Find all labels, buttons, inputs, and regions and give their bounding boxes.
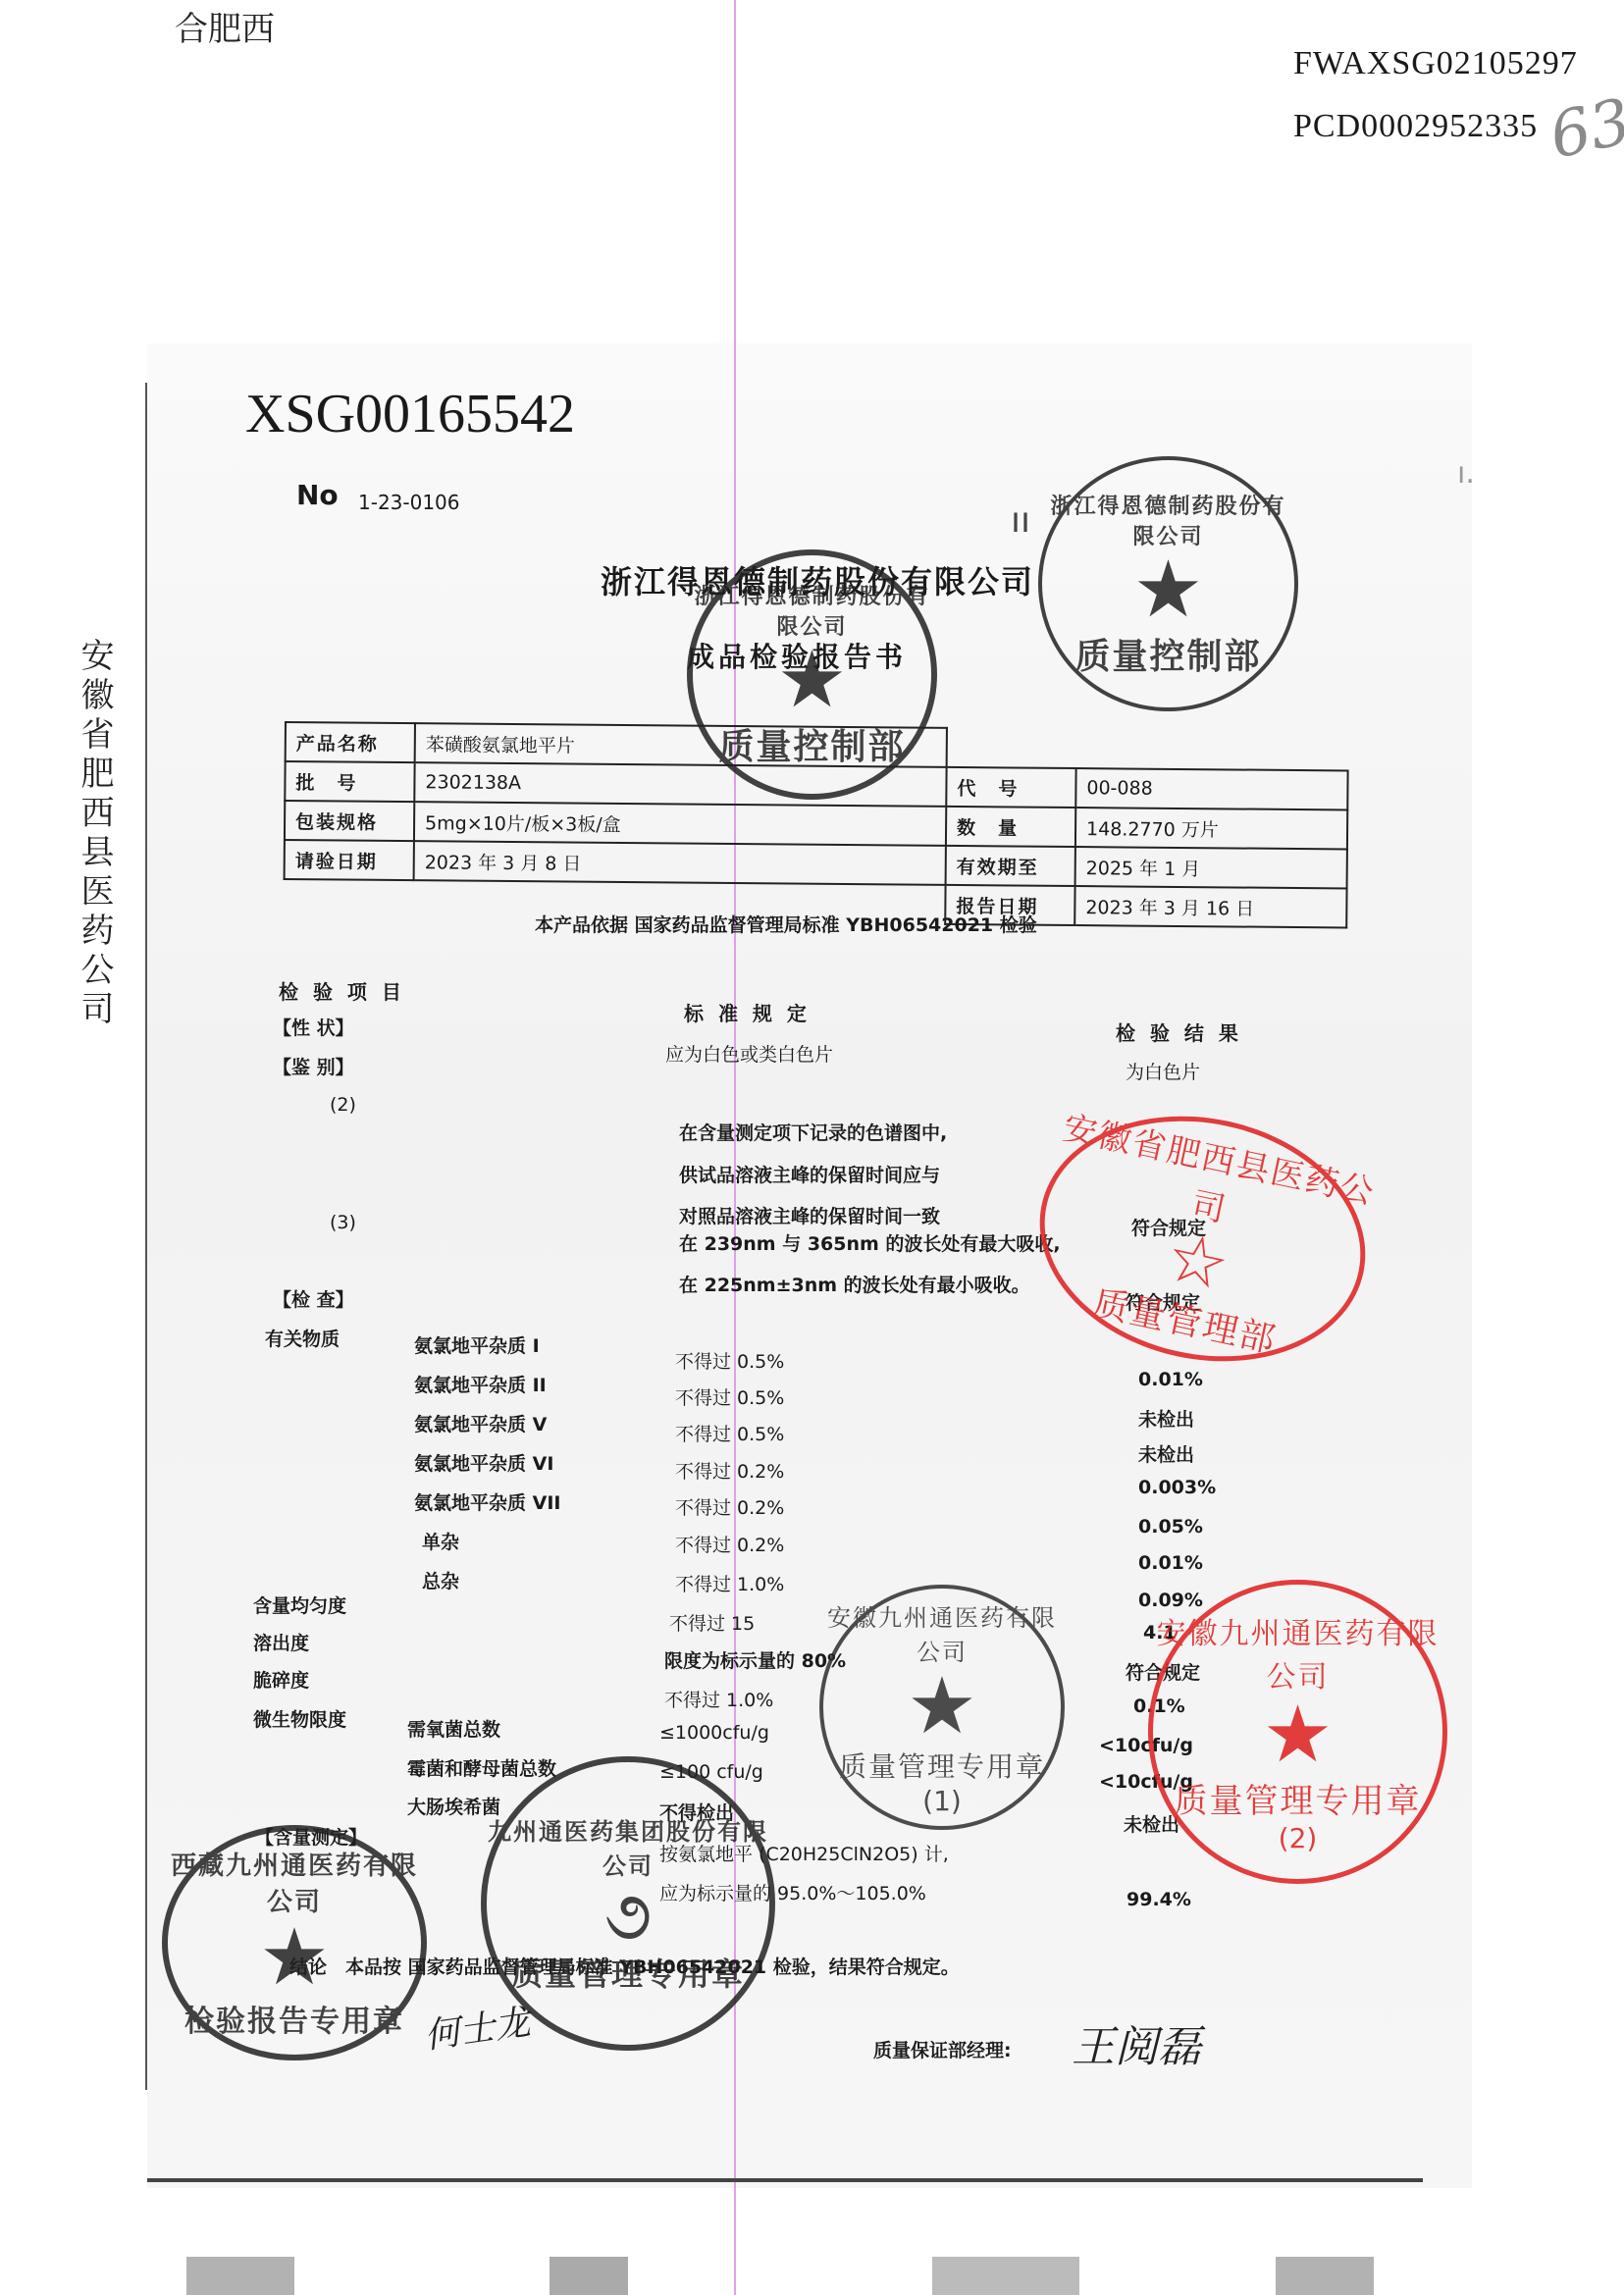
microbial-standard: ≤1000cfu/g — [659, 1722, 769, 1744]
id2-standard-line: 供试品溶液主峰的保留时间应与 — [679, 1161, 940, 1187]
stamp-ring-text: 安徽九州通医药有限公司 — [823, 1598, 1061, 1667]
quantity-label: 数 量 — [946, 807, 1075, 847]
star-icon: ★ — [259, 1918, 330, 1997]
check-name: 含量均匀度 — [253, 1591, 346, 1618]
stamp-ring-text: 浙江得恩德制药股份有限公司 — [1042, 490, 1294, 550]
check-name: 脆碎度 — [253, 1666, 309, 1693]
test-basis: 本产品依据 国家药品监督管理局标准 YBH06542021 检验 — [535, 911, 1037, 937]
column-header-standard: 标 准 规 定 — [684, 998, 811, 1026]
impurity-name: 氨氯地平杂质 V — [414, 1410, 547, 1436]
stamp-dept-text: 质量控制部 — [1074, 629, 1261, 679]
report-serial: XSG00165542 — [245, 383, 575, 445]
impurity-name: 单杂 — [422, 1528, 459, 1554]
no-label: No — [296, 479, 339, 511]
stamp-ring-text: 安徽九州通医药有限公司 — [1153, 1609, 1442, 1695]
impurity-standard: 不得过 0.2% — [675, 1493, 784, 1520]
handwritten-page-number: 63 — [1544, 85, 1624, 173]
logo-icon: ૭ — [604, 1881, 653, 1950]
group-stamp: 九州通医药集团股份有限公司 ૭ 质量管理专用章 — [481, 1756, 775, 2051]
product-name-label: 产品名称 — [286, 722, 415, 762]
stamp-dept-text: 质量控制部 — [718, 719, 905, 769]
impurity-name: 氨氯地平杂质 I — [414, 1331, 540, 1358]
id2-standard-line: 在含量测定项下记录的色谱图中, — [679, 1119, 947, 1145]
impurity-standard: 不得过 1.0% — [675, 1570, 784, 1596]
check-name: 溶出度 — [253, 1629, 309, 1655]
section-appearance: 【性 状】 — [273, 1014, 354, 1040]
spec-label: 包装规格 — [285, 801, 414, 841]
impurity-standard: 不得过 0.5% — [675, 1383, 784, 1410]
stamp-dept-text: 质量管理专用章 — [839, 1746, 1045, 1785]
report-date: 2023 年 3 月 16 日 — [1074, 886, 1346, 927]
expiry-label: 有效期至 — [946, 846, 1075, 886]
impurity-standard: 不得过 0.2% — [675, 1457, 784, 1484]
assay-result: 99.4% — [1126, 1889, 1191, 1910]
star-icon: ★ — [1263, 1695, 1334, 1774]
impurity-name: 氨氯地平杂质 II — [414, 1371, 547, 1397]
impurity-name: 氨氯地平杂质 VI — [414, 1449, 553, 1476]
impurity-result: 0.05% — [1138, 1516, 1203, 1538]
microbial-item: 需氧菌总数 — [407, 1715, 500, 1742]
vertical-company-name: 安徽省肥西县医药公司 — [71, 638, 119, 1030]
impurity-result: 未检出 — [1138, 1440, 1194, 1467]
impurity-standard: 不得过 0.5% — [675, 1347, 784, 1374]
section-identification: 【鉴 别】 — [273, 1053, 354, 1079]
no-value: 1-23-0106 — [358, 491, 460, 514]
column-header-result: 检 验 结 果 — [1116, 1017, 1242, 1046]
expiry-date: 2025 年 1 月 — [1075, 847, 1347, 888]
impurity-standard: 不得过 0.2% — [675, 1531, 784, 1557]
impurity-name: 氨氯地平杂质 VII — [414, 1488, 560, 1515]
quantity: 148.2770 万片 — [1075, 808, 1347, 849]
star-icon: ☆ — [1161, 1222, 1235, 1302]
stamp-dept-text: 检验报告专用章 — [184, 1997, 404, 2040]
id3-standard-line: 在 225nm±3nm 的波长处有最小吸收。 — [679, 1271, 1030, 1297]
star-icon: ★ — [777, 641, 848, 719]
batch-label: 批 号 — [285, 761, 414, 802]
handwritten-mark: ıı — [1011, 500, 1030, 541]
qa-manager-signature: 王阅磊 — [1072, 2011, 1201, 2074]
check-standard: 不得过 1.0% — [664, 1686, 773, 1712]
section-check: 【检 查】 — [273, 1285, 354, 1312]
microbial-label: 微生物限度 — [253, 1705, 346, 1732]
code-label: 代 号 — [946, 767, 1075, 808]
appearance-result: 为白色片 — [1126, 1058, 1200, 1084]
jzt-stamp-2: 安徽九州通医药有限公司 ★ 质量管理专用章 (2) — [1148, 1580, 1447, 1884]
impurity-result: 未检出 — [1138, 1405, 1194, 1432]
jzt-stamp-1: 安徽九州通医药有限公司 ★ 质量管理专用章 (1) — [819, 1585, 1065, 1830]
product-code: 00-088 — [1075, 768, 1347, 809]
scan-border — [147, 2178, 1423, 2182]
handwritten-mark: ı. — [1457, 456, 1475, 491]
impurity-result: 0.01% — [1138, 1552, 1203, 1574]
stamp-ring-text: 九州通医药集团股份有限公司 — [487, 1812, 769, 1881]
impurity-result: 0.09% — [1138, 1590, 1203, 1611]
stamp-ring-text: 西藏九州通医药有限公司 — [168, 1846, 421, 1918]
microbial-item: 霉菌和酵母菌总数 — [407, 1754, 556, 1781]
stamp-sub-text: (1) — [922, 1785, 962, 1817]
identification-3-label: (3) — [330, 1212, 356, 1233]
qa-manager-label: 质量保证部经理: — [873, 2036, 1012, 2062]
id3-standard-line: 在 239nm 与 365nm 的波长处有最大吸收, — [679, 1229, 1061, 1256]
tracking-code-1: FWAXSG02105297 — [1293, 45, 1578, 82]
stamp-sub-text: (2) — [1279, 1822, 1318, 1854]
stamp-dept-text: 质量管理专用章 — [1175, 1774, 1422, 1822]
impurity-result: 0.003% — [1138, 1477, 1216, 1498]
stamp-ring-text: 浙江得恩德制药股份有限公司 — [693, 580, 931, 641]
impurity-result: 0.01% — [1138, 1369, 1203, 1390]
appearance-standard: 应为白色或类白色片 — [665, 1040, 833, 1067]
check-standard: 不得过 15 — [669, 1609, 755, 1636]
star-icon: ★ — [907, 1667, 977, 1746]
scan-noise — [0, 2257, 1624, 2295]
tracking-code-2: PCD0002952335 — [1293, 108, 1538, 145]
package-spec: 5mg×10片/板×3板/盒 — [414, 802, 946, 846]
mfg-qc-stamp: 浙江得恩德制药股份有限公司 ★ 质量控制部 — [1038, 456, 1298, 711]
top-left-text: 合肥西 — [175, 2, 275, 50]
related-substances-label: 有关物质 — [265, 1325, 340, 1351]
check-standard: 限度为标示量的 80% — [664, 1646, 846, 1673]
mfg-report-stamp: 浙江得恩德制药股份有限公司 ★ 质量控制部 — [687, 549, 937, 800]
star-icon: ★ — [1133, 550, 1204, 629]
request-date: 2023 年 3 月 8 日 — [414, 841, 946, 885]
request-date-label: 请验日期 — [285, 840, 414, 880]
impurity-standard: 不得过 0.5% — [675, 1420, 784, 1446]
stamp-dept-text: 质量管理专用章 — [511, 1950, 745, 1995]
identification-2-label: (2) — [330, 1094, 356, 1116]
xizang-stamp: 西藏九州通医药有限公司 ★ 检验报告专用章 — [162, 1825, 427, 2060]
impurity-name: 总杂 — [422, 1567, 459, 1593]
column-header-item: 检 验 项 目 — [279, 976, 405, 1005]
margin-line — [145, 383, 147, 2090]
id2-standard-line: 对照品溶液主峰的保留时间一致 — [679, 1202, 940, 1228]
